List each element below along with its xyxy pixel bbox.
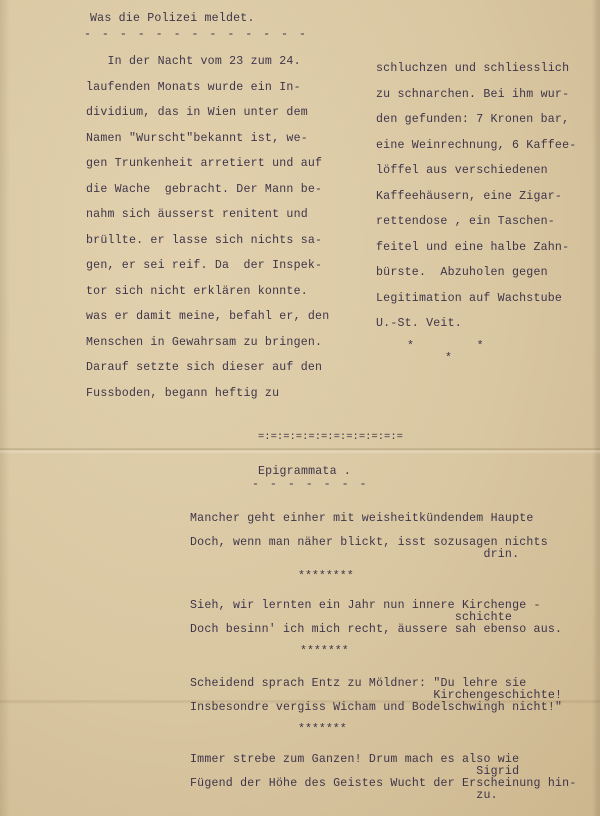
text-line: feitel und eine halbe Zahn-: [376, 241, 576, 267]
text-line: U.-St. Veit.: [376, 317, 576, 343]
typewritten-page: Was die Polizei meldet. - - - - - - - - …: [0, 0, 600, 816]
text-line: löffel aus verschiedenen: [376, 164, 576, 190]
text-line: Darauf setzte sich dieser auf den: [86, 361, 329, 387]
asterisk-divider: *******: [298, 723, 600, 737]
verse-line: Sieh, wir lernten ein Jahr nun innere Ki…: [190, 599, 562, 611]
verse-line-continuation: Kirchengeschichte!: [190, 689, 562, 701]
text-line: Kaffeehäusern, eine Zigar-: [376, 190, 576, 216]
text-line: den gefunden: 7 Kronen bar,: [376, 113, 576, 139]
text-line: gen, er sei reif. Da der Inspek-: [86, 259, 329, 285]
verse-line: Fügend der Höhe des Geistes Wucht der Er…: [190, 777, 577, 789]
epigram: Scheidend sprach Entz zu Möldner: "Du le…: [190, 677, 562, 737]
right-column: schluchzen und schliesslich zu schnarche…: [376, 62, 576, 343]
text-line: Menschen in Gewahrsam zu bringen.: [86, 336, 329, 362]
asterisk-divider: *: [445, 352, 452, 366]
text-line: die Wache gebracht. Der Mann be-: [86, 183, 329, 209]
text-line: bürste. Abzuholen gegen: [376, 266, 576, 292]
verse-line: Doch besinn' ich mich recht, äussere sah…: [190, 623, 562, 645]
left-column: In der Nacht vom 23 zum 24. laufenden Mo…: [86, 55, 329, 412]
asterisk-divider: *******: [300, 645, 600, 659]
heading-underline: - - - - - - -: [252, 478, 368, 492]
text-line: In der Nacht vom 23 zum 24.: [86, 55, 329, 81]
text-line: eine Weinrechnung, 6 Kaffee-: [376, 139, 576, 165]
text-line: Legitimation auf Wachstube: [376, 292, 576, 318]
text-line: brüllte. er lasse sich nichts sa-: [86, 234, 329, 260]
section-heading-polizei: Was die Polizei meldet.: [90, 12, 255, 26]
epigram: Sieh, wir lernten ein Jahr nun innere Ki…: [190, 599, 562, 659]
text-line: rettendose , ein Taschen-: [376, 215, 576, 241]
verse-line: Scheidend sprach Entz zu Möldner: "Du le…: [190, 677, 562, 689]
verse-line-continuation: drin.: [190, 548, 548, 570]
text-line: laufenden Monats wurde ein In-: [86, 81, 329, 107]
epigram: Mancher geht einher mit weisheitkündende…: [190, 512, 548, 584]
epigram: Immer strebe zum Ganzen! Drum mach es al…: [190, 753, 577, 803]
text-line: dividium, das in Wien unter dem: [86, 106, 329, 132]
section-separator: =:=:=:=:=:=:=:=:=:=:=:=: [258, 430, 403, 444]
text-line: gen Trunkenheit arretiert und auf: [86, 157, 329, 183]
text-line: nahm sich äusserst renitent und: [86, 208, 329, 234]
verse-line: Insbesondre vergiss Wicham und Bodelschw…: [190, 701, 562, 723]
verse-line-continuation: schichte: [190, 611, 562, 623]
text-line: was er damit meine, befahl er, den: [86, 310, 329, 336]
verse-line: Doch, wenn man näher blickt, isst sozusa…: [190, 536, 548, 548]
text-line: zu schnarchen. Bei ihm wur-: [376, 88, 576, 114]
verse-line: Immer strebe zum Ganzen! Drum mach es al…: [190, 753, 577, 765]
section-heading-epigrammata: Epigrammata .: [258, 465, 351, 479]
text-line: Fussboden, begann heftig zu: [86, 387, 329, 413]
heading-underline: - - - - - - - - - - - - -: [84, 28, 308, 42]
verse-line: Mancher geht einher mit weisheitkündende…: [190, 512, 548, 536]
text-line: tor sich nicht erklären konnte.: [86, 285, 329, 311]
verse-line-continuation: Sigrid: [190, 765, 577, 777]
text-line: schluchzen und schliesslich: [376, 62, 576, 88]
text-line: Namen "Wurscht"bekannt ist, we-: [86, 132, 329, 158]
verse-line-continuation: zu.: [190, 789, 577, 803]
asterisk-divider: ********: [298, 570, 600, 584]
